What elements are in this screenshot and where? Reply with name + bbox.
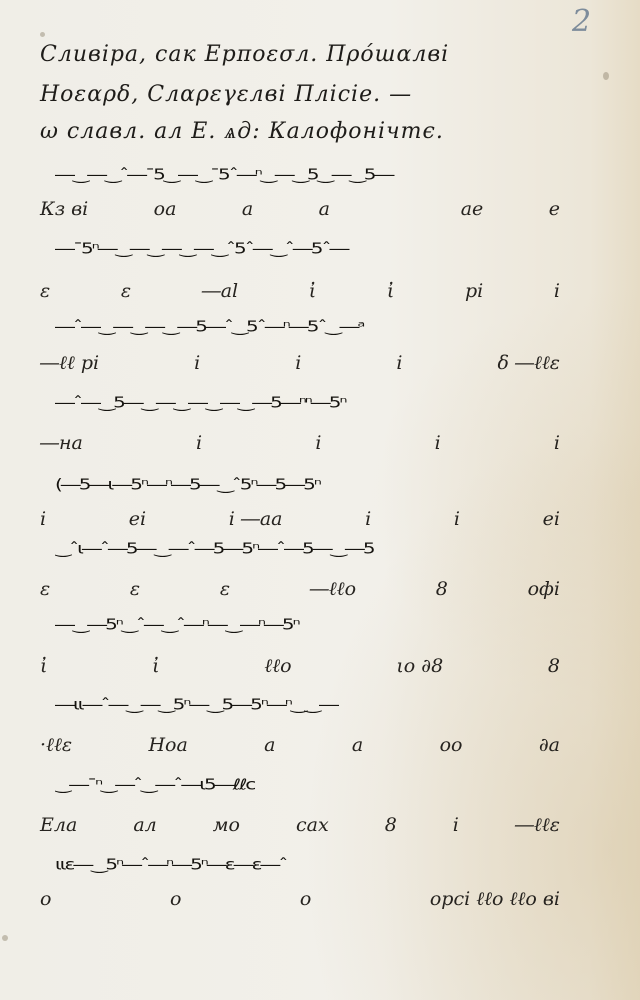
lyric-syllable: о xyxy=(170,888,181,911)
lyric-syllable: мо xyxy=(213,814,240,837)
ink-spot xyxy=(40,32,45,37)
lyric-syllable: ε xyxy=(121,280,131,302)
lyric-syllable: і xyxy=(454,508,460,530)
lyric-syllable: о xyxy=(40,888,51,911)
lyric-syllable: і xyxy=(365,508,371,530)
lyric-syllable: 8 xyxy=(548,655,560,678)
ink-spot xyxy=(2,935,8,941)
page-number: 2 xyxy=(572,4,591,39)
lyric-syllable: ε xyxy=(40,578,50,601)
lyric-syllable: ―на xyxy=(40,432,83,454)
lyric-syllable: і xyxy=(435,432,441,454)
neume-line-2: ―ˉ5ⁿ―‿―‿―‿―‿ˆ5ˆ―‿ˆ―5ˆ― xyxy=(55,239,535,257)
lyric-syllable: ·ℓℓε xyxy=(40,734,72,757)
lyric-line-9: Ела ал мо сах 8 і ―ℓℓε xyxy=(40,814,560,837)
lyric-line-2: ε ε ―аl ἰ ἰ рі і xyxy=(40,280,560,302)
lyric-syllable: еі xyxy=(543,508,560,530)
lyric-syllable: 8 xyxy=(385,814,397,837)
lyric-line-5: і еі і ―аа і і еі xyxy=(40,508,560,530)
lyric-syllable: ∂а xyxy=(539,734,560,757)
lyric-syllable: ε xyxy=(40,280,50,302)
lyric-syllable: е xyxy=(549,198,560,220)
neume-line-9: ‿―ˉⁿ‿―ˆ‿―ˆ―ι5―ℓℓс xyxy=(55,775,535,793)
lyric-syllable: і xyxy=(453,814,459,837)
lyric-syllable: і xyxy=(554,280,560,302)
lyric-syllable: і xyxy=(194,352,200,375)
neume-line-4: ―ˆ―‿5―‿―‿―‿―‿―5―ⁿⁿ―5ⁿ xyxy=(55,393,535,411)
lyric-syllable: і xyxy=(295,352,301,375)
neume-line-3: ―ˆ―‿―‿―‿―5―ˆ‿5ˆ―ⁿ―5ˆ‿―ᵃ xyxy=(55,317,535,335)
lyric-syllable: ἰ xyxy=(40,655,47,678)
lyric-syllable: а xyxy=(242,198,253,220)
header-line-1: Сливіра, сак Ерπоεσл. Πρόшαлві xyxy=(40,42,449,67)
ink-spot xyxy=(603,72,609,80)
lyric-syllable: сах xyxy=(296,814,329,837)
lyric-syllable: ае xyxy=(461,198,484,220)
lyric-syllable: ал xyxy=(133,814,156,837)
lyric-line-7: ἰ ἰ ℓℓо ιо ∂8 8 xyxy=(40,655,560,678)
lyric-syllable: орсі ℓℓо ℓℓо ві xyxy=(430,888,560,911)
lyric-syllable: Ела xyxy=(40,814,77,837)
lyric-syllable: ιо ∂8 xyxy=(396,655,443,678)
neume-line-7: ―‿―5ⁿ‿ˆ―‿ˆ―ⁿ―‿―ⁿ―5ⁿ xyxy=(55,615,535,633)
lyric-syllable: рі xyxy=(465,280,483,302)
neume-line-10: ιιε―‿5ⁿ―ˆ―ⁿ―5ⁿ―ε―ε―ˆ xyxy=(55,855,535,873)
header-line-2: Нοεαρδ, Слαρεγεлві Πлісіе. — xyxy=(40,82,412,107)
lyric-syllable: і xyxy=(196,432,202,454)
lyric-line-8: ·ℓℓε Нοа а а оо ∂а xyxy=(40,734,560,757)
lyric-syllable: ―ℓℓε xyxy=(515,814,560,837)
lyric-syllable: ―аl xyxy=(202,280,238,302)
lyric-syllable: оо xyxy=(440,734,463,757)
lyric-syllable: офі xyxy=(528,578,560,601)
neume-line-6: ‿ˆι―ˆ―5―‿―ˆ―5―5ⁿ―ˆ―5―‿―5 xyxy=(55,539,535,557)
lyric-syllable: δ ―ℓℓε xyxy=(497,352,560,375)
neume-line-1: ―‿―‿ˆ―ˉ5‿―‿ˉ5ˆ―ⁿ‿―‿5‿―‿5― xyxy=(55,165,535,183)
lyric-syllable: і ―аа xyxy=(229,508,283,530)
lyric-syllable: і xyxy=(396,352,402,375)
lyric-line-3: ―ℓℓ рі і і і δ ―ℓℓε xyxy=(40,352,560,375)
lyric-syllable: Кз ві xyxy=(40,198,88,220)
lyric-syllable: ἰ xyxy=(387,280,394,302)
lyric-syllable: а xyxy=(352,734,363,757)
lyric-syllable: ε xyxy=(130,578,140,601)
lyric-syllable: і xyxy=(554,432,560,454)
lyric-syllable: ε xyxy=(220,578,230,601)
lyric-syllable: а xyxy=(264,734,275,757)
lyric-syllable: ℓℓо xyxy=(264,655,291,678)
lyric-syllable: оа xyxy=(154,198,177,220)
lyric-syllable: 8 xyxy=(436,578,448,601)
header-line-3: ω славл. ал Е. ѧд: Калофонічтє. xyxy=(40,118,444,144)
lyric-line-1: Кз ві оа а а ае е xyxy=(40,198,560,220)
lyric-syllable: ἰ xyxy=(152,655,159,678)
lyric-syllable: ―ℓℓо xyxy=(310,578,356,601)
lyric-syllable: еі xyxy=(129,508,146,530)
neume-line-8: ―ιι―ˆ―‿―‿5ⁿ―‿5―5ⁿ―ⁿ‿‿― xyxy=(55,695,535,713)
lyric-syllable: Нοа xyxy=(148,734,187,757)
lyric-syllable: о xyxy=(300,888,311,911)
neume-line-5: (―5―ι―5ⁿ―ⁿ―5―‿ˆ5ⁿ―5―5ⁿ xyxy=(55,475,535,493)
lyric-syllable: ―ℓℓ рі xyxy=(40,352,99,375)
manuscript-page: 2 Сливіра, сак Ерπоεσл. Πρόшαлві Нοεαρδ,… xyxy=(0,0,640,1000)
lyric-line-4: ―на і і і і xyxy=(40,432,560,454)
lyric-syllable: ἰ xyxy=(309,280,316,302)
lyric-line-10: о о о орсі ℓℓо ℓℓо ві xyxy=(40,888,560,911)
lyric-syllable: і xyxy=(315,432,321,454)
lyric-syllable: і xyxy=(40,508,46,530)
lyric-syllable: а xyxy=(319,198,330,220)
lyric-line-6: ε ε ε ―ℓℓо 8 офі xyxy=(40,578,560,601)
